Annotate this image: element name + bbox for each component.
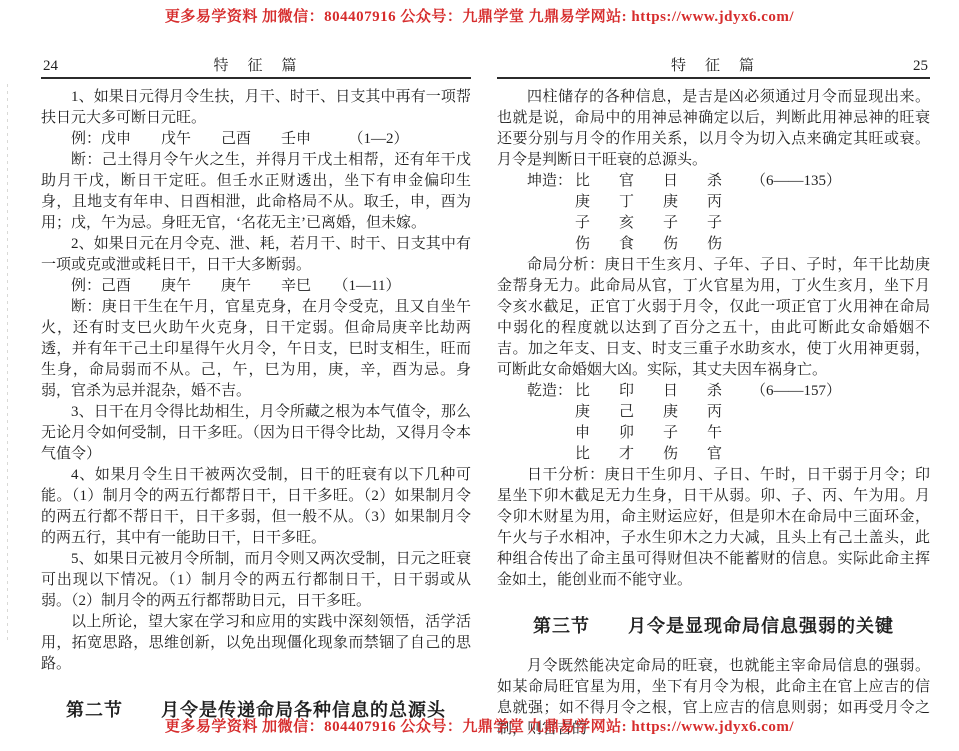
bazi-note: （6——135） (751, 171, 841, 192)
bazi-cell: 比 (575, 444, 619, 465)
bazi-line: 坤造：比官日杀（6——135） (527, 171, 930, 192)
watermark-banner-top: 更多易学资料 加微信：804407916 公众号：九鼎学堂 九鼎易学网站: ht… (0, 5, 959, 26)
bazi-cell: 卯 (619, 423, 663, 444)
bazi-cell: 丙 (707, 192, 751, 213)
right-page-body: 四柱储存的各种信息，是吉是凶必须通过月令而显现出来。也就是说，命局中的用神忌神确… (497, 87, 930, 740)
bazi-cell: 庚 (575, 192, 619, 213)
bazi-note: （6——157） (751, 381, 841, 402)
paragraph: 3、日干在月令得比劫相生，月令所藏之根为本气值令，那么无论月令如何受制，日干多旺… (41, 402, 471, 465)
bazi-cell: 午 (707, 423, 751, 444)
bazi-line: 伤食伤伤 (527, 234, 930, 255)
bazi-cell: 比 (575, 171, 619, 192)
bazi-cell: 庚 (663, 402, 707, 423)
bazi-cell: 丙 (707, 402, 751, 423)
bazi-line: 庚己庚丙 (527, 402, 930, 423)
paragraph: 例：戊申 戊午 己酉 壬申 （1—2） (41, 129, 471, 150)
bazi-line: 乾造：比印日杀（6——157） (527, 381, 930, 402)
bazi-cell: 庚 (575, 402, 619, 423)
bazi-cell: 官 (619, 171, 663, 192)
paragraph: 断：己土得月令午火之生，并得月干戊土相帮，还有年干戊助月干戊，断日干定旺。但壬水… (41, 150, 471, 234)
left-page-header: 24 特 征 篇 (41, 56, 471, 79)
left-running-title: 特 征 篇 (41, 54, 471, 75)
bazi-cell: 己 (619, 402, 663, 423)
bazi-cell: 日 (663, 171, 707, 192)
bazi-line: 庚丁庚丙 (527, 192, 930, 213)
bazi-cell: 才 (619, 444, 663, 465)
bazi-line: 申卯子午 (527, 423, 930, 444)
bazi-chart: 乾造：比印日杀（6——157）庚己庚丙申卯子午比才伤官 (497, 381, 930, 465)
bazi-cell: 丁 (619, 192, 663, 213)
section-heading: 第三节 月令是显现命局信息强弱的关键 (497, 616, 930, 637)
right-page-header: 25 特 征 篇 (497, 56, 930, 79)
paragraph: 日干分析：庚日干生卯月、子日、午时，日干弱于月令；印星坐下卯木截足无力生身，日干… (497, 465, 930, 591)
bazi-cell: 伤 (663, 444, 707, 465)
bazi-cell: 食 (619, 234, 663, 255)
bazi-cell: 庚 (663, 192, 707, 213)
paragraph: 4、如果月令生日干被两次受制，日干的旺衰有以下几种可能。（1）制月令的两五行都帮… (41, 465, 471, 549)
bazi-cell: 印 (619, 381, 663, 402)
bazi-cell: 比 (575, 381, 619, 402)
bazi-cell: 亥 (619, 213, 663, 234)
right-running-title: 特 征 篇 (497, 54, 930, 75)
paragraph: 2、如果日元在月令克、泄、耗，若月干、时干、日支其中有一项或克或泄或耗日干，日干… (41, 234, 471, 276)
bazi-chart: 坤造：比官日杀（6——135）庚丁庚丙子亥子子伤食伤伤 (497, 171, 930, 255)
bazi-cell: 杀 (707, 381, 751, 402)
left-page: 24 特 征 篇 1、如果日元得月令生扶，月干、时干、日支其中再有一项帮扶日元大… (41, 56, 471, 740)
bazi-cell: 申 (575, 423, 619, 444)
paragraph: 断：庚日干生在午月，官星克身，在月令受克，且又自坐午火，还有时支巳火助午火克身，… (41, 297, 471, 402)
bazi-cell: 子 (575, 213, 619, 234)
paragraph: 1、如果日元得月令生扶，月干、时干、日支其中再有一项帮扶日元大多可断日元旺。 (41, 87, 471, 129)
paragraph: 以上所论，望大家在学习和应用的实践中深刻领悟，活学活用，拓宽思路，思维创新，以免… (41, 612, 471, 675)
scan-edge-artifact (7, 84, 8, 644)
paragraph: 例：己酉 庚午 庚午 辛巳 （1—11） (41, 276, 471, 297)
bazi-cell: 伤 (575, 234, 619, 255)
left-page-body: 1、如果日元得月令生扶，月干、时干、日支其中再有一项帮扶日元大多可断日元旺。例：… (41, 87, 471, 721)
watermark-banner-bottom: 更多易学资料 加微信：804407916 公众号：九鼎学堂 九鼎易学网站: ht… (0, 715, 959, 736)
bazi-cell: 杀 (707, 171, 751, 192)
paragraph: 命局分析：庚日干生亥月、子年、子日、子时，年干比劫庚金帮身无力。此命局从官，丁火… (497, 255, 930, 381)
bazi-cell: 子 (663, 213, 707, 234)
bazi-line: 比才伤官 (527, 444, 930, 465)
bazi-label: 坤造： (527, 171, 575, 192)
paragraph: 四柱储存的各种信息，是吉是凶必须通过月令而显现出来。也就是说，命局中的用神忌神确… (497, 87, 930, 171)
bazi-line: 子亥子子 (527, 213, 930, 234)
bazi-label: 乾造： (527, 381, 575, 402)
paragraph: 5、如果日元被月令所制，而月令则又两次受制，日元之旺衰可出现以下情况。（1）制月… (41, 549, 471, 612)
bazi-cell: 子 (663, 423, 707, 444)
bazi-cell: 官 (707, 444, 751, 465)
right-page: 25 特 征 篇 四柱储存的各种信息，是吉是凶必须通过月令而显现出来。也就是说，… (497, 56, 930, 740)
bazi-cell: 日 (663, 381, 707, 402)
bazi-cell: 子 (707, 213, 751, 234)
bazi-cell: 伤 (663, 234, 707, 255)
bazi-cell: 伤 (707, 234, 751, 255)
book-scan: { "banner": { "color": "#d62c2c", "top":… (0, 0, 959, 751)
